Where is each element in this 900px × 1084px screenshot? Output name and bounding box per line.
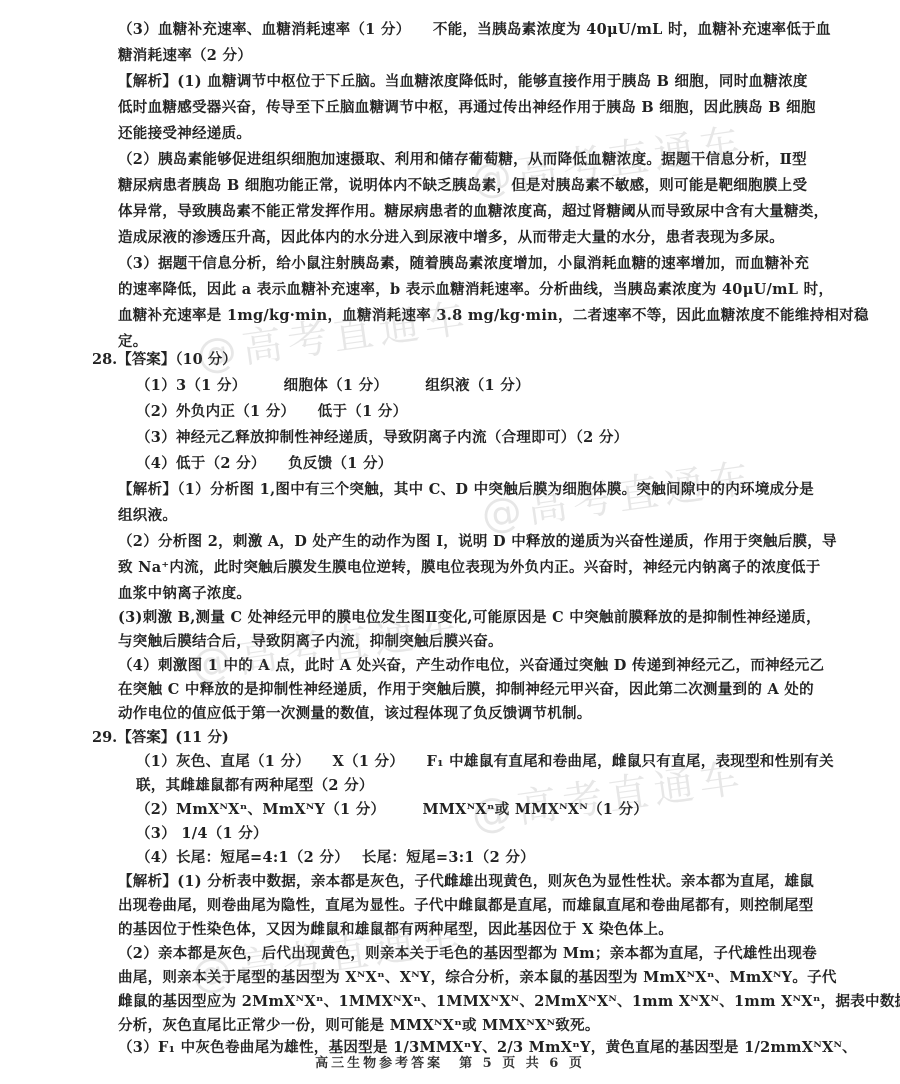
- document-page: （3）血糖补充速率、血糖消耗速率（1 分） 不能，当胰岛素浓度为 40μU/mL…: [0, 0, 900, 1084]
- q28-analysis: 与突触后膜结合后，导致阴离子内流，抑制突触后膜兴奋。: [118, 632, 503, 652]
- q28-analysis: (3)刺激 B,测量 C 处神经元甲的膜电位发生图Ⅱ变化,可能原因是 C 中突触…: [118, 608, 821, 628]
- q29-answer: （4）长尾：短尾=4:1（2 分） 长尾：短尾=3:1（2 分）: [136, 848, 535, 868]
- analysis-line: 的速率降低，因此 a 表示血糖补充速率，b 表示血糖消耗速率。分析曲线，当胰岛素…: [118, 280, 833, 300]
- q28-answer: （1）3（1 分） 细胞体（1 分） 组织液（1 分）: [136, 376, 530, 396]
- q28-answer: （3）神经元乙释放抑制性神经递质，导致阴离子内流（合理即可）（2 分）: [136, 428, 628, 448]
- q29-analysis: 出现卷曲尾，则卷曲尾为隐性，直尾为显性。子代中雌鼠都是直尾，而雄鼠直尾和卷曲尾都…: [118, 896, 814, 916]
- analysis-line: 定。: [118, 332, 148, 352]
- q29-answer: （1）灰色、直尾（1 分） X（1 分） F₁ 中雄鼠有直尾和卷曲尾，雌鼠只有直…: [136, 752, 834, 772]
- answer-line: （3）血糖补充速率、血糖消耗速率（1 分） 不能，当胰岛素浓度为 40μU/mL…: [118, 20, 831, 40]
- analysis-line: 低时血糖感受器兴奋，传导至下丘脑血糖调节中枢，再通过传出神经作用于胰岛 B 细胞…: [118, 98, 816, 118]
- q29-analysis: 的基因位于性染色体，又因为雌鼠和雄鼠都有两种尾型，因此基因位于 X 染色体上。: [118, 920, 673, 940]
- q29-answer: （3） 1/4（1 分）: [136, 824, 268, 844]
- q28-analysis: 血浆中钠离子浓度。: [118, 584, 251, 604]
- analysis-line: 造成尿液的渗透压升高，因此体内的水分进入到尿液中增多，从而带走大量的水分，患者表…: [118, 228, 784, 248]
- analysis-line: 糖尿病患者胰岛 B 细胞功能正常，说明体内不缺乏胰岛素，但是对胰岛素不敏感，则可…: [118, 176, 807, 196]
- q29-analysis: 【解析】(1) 分析表中数据，亲本都是灰色，子代雌雄出现黄色，则灰色为显性性状。…: [118, 872, 814, 892]
- q28-analysis: 致 Na⁺内流，此时突触后膜发生膜电位逆转，膜电位表现为外负内正。兴奋时，神经元…: [118, 558, 821, 578]
- question-29-heading: 29.【答案】(11 分): [92, 728, 229, 748]
- analysis-line: 血糖补充速率是 1mg/kg·min，血糖消耗速率 3.8 mg/kg·min，…: [118, 306, 869, 326]
- q28-analysis: 动作电位的值应低于第一次测量的数值，该过程体现了负反馈调节机制。: [118, 704, 592, 724]
- q29-analysis: 分析，灰色直尾比正常少一份，则可能是 MMXᴺXⁿ或 MMXᴺXᴺ致死。: [118, 1016, 600, 1036]
- q29-answer: 联，其雌雄鼠都有两种尾型（2 分）: [136, 776, 374, 796]
- q28-answer: （4）低于（2 分） 负反馈（1 分）: [136, 454, 393, 474]
- q28-analysis: （2）分析图 2，刺激 A，D 处产生的动作为图 I，说明 D 中释放的递质为兴…: [118, 532, 837, 552]
- q29-analysis: 雌鼠的基因型应为 2MmXᴺXⁿ、1MMXᴺXⁿ、1MMXᴺXᴺ、2MmXᴺXᴺ…: [118, 992, 900, 1012]
- q28-analysis: 【解析】（1）分析图 1,图中有三个突触，其中 C、D 中突触后膜为细胞体膜。突…: [118, 480, 814, 500]
- q28-answer: （2）外负内正（1 分） 低于（1 分）: [136, 402, 407, 422]
- q28-analysis: 在突触 C 中释放的是抑制性神经递质，作用于突触后膜，抑制神经元甲兴奋，因此第二…: [118, 680, 814, 700]
- analysis-line: （2）胰岛素能够促进组织细胞加速摄取、利用和储存葡萄糖，从而降低血糖浓度。据题干…: [118, 150, 807, 170]
- analysis-line: （3）据题干信息分析，给小鼠注射胰岛素，随着胰岛素浓度增加，小鼠消耗血糖的速率增…: [118, 254, 809, 274]
- page-footer: 高三生物参考答案 第 5 页 共 6 页: [0, 1052, 900, 1071]
- answer-line: 糖消耗速率（2 分）: [118, 46, 252, 66]
- analysis-line: 体异常，导致胰岛素不能正常发挥作用。糖尿病患者的血糖浓度高，超过肾糖阈从而导致尿…: [118, 202, 828, 222]
- analysis-line: 【解析】(1) 血糖调节中枢位于下丘脑。当血糖浓度降低时，能够直接作用于胰岛 B…: [118, 72, 808, 92]
- q29-answer: （2）MmXᴺXⁿ、MmXᴺY（1 分） MMXᴺXⁿ或 MMXᴺXᴺ（1 分）: [136, 800, 648, 820]
- q28-analysis: 组织液。: [118, 506, 177, 526]
- analysis-line: 还能接受神经递质。: [118, 124, 251, 144]
- q28-analysis: （4）刺激图 1 中的 A 点，此时 A 处兴奋，产生动作电位，兴奋通过突触 D…: [118, 656, 824, 676]
- q29-analysis: 曲尾，则亲本关于尾型的基因型为 XᴺXⁿ、XᴺY，综合分析，亲本鼠的基因型为 M…: [118, 968, 837, 988]
- q29-analysis: （2）亲本都是灰色，后代出现黄色，则亲本关于毛色的基因型都为 Mm；亲本都为直尾…: [118, 944, 817, 964]
- question-28-heading: 28.【答案】（10 分）: [92, 350, 237, 370]
